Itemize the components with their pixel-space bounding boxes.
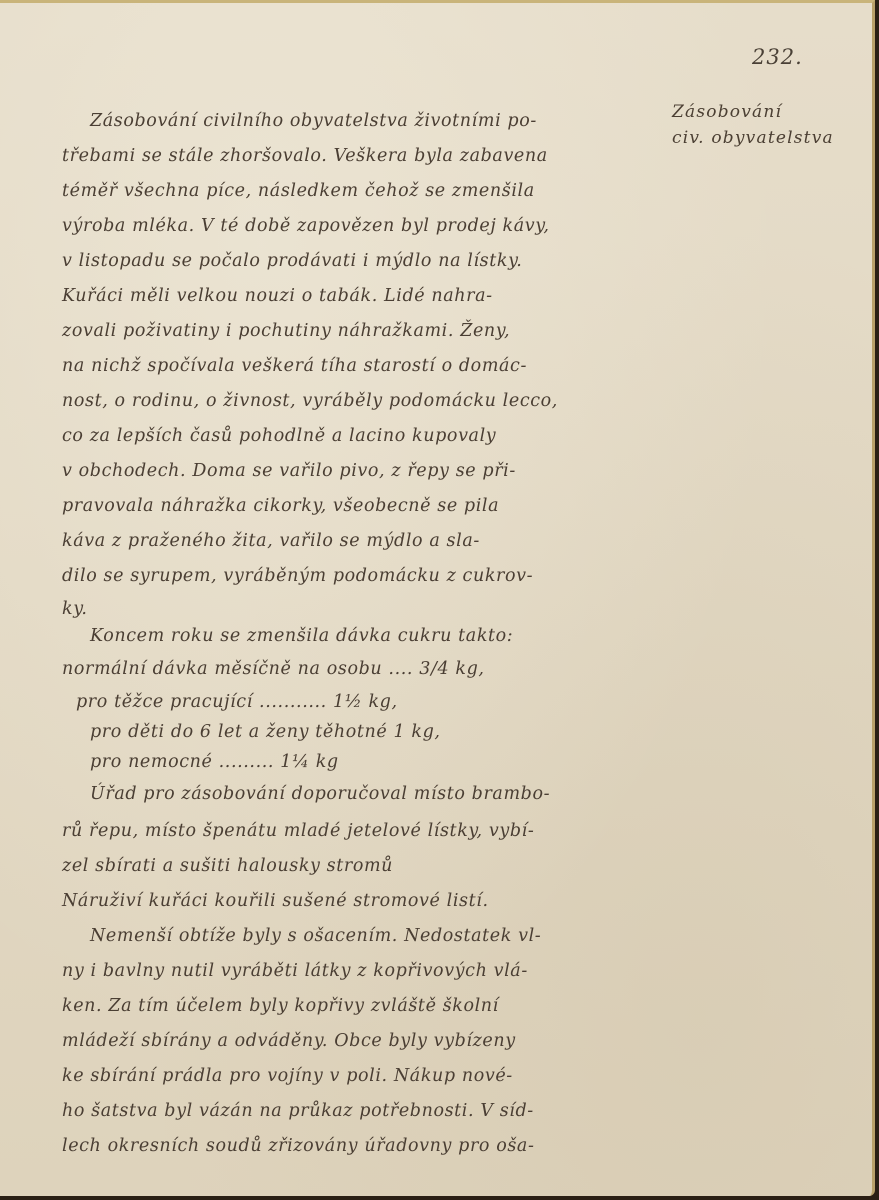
text-line: káva z praženého žita, vařilo se mýdlo a… xyxy=(62,531,480,551)
text-line: lech okresních soudů zřizovány úřadovny … xyxy=(62,1136,534,1156)
text-line: ke sbírání prádla pro vojíny v poli. Nák… xyxy=(62,1066,513,1086)
text-line: Zásobování civilního obyvatelstva životn… xyxy=(90,111,537,131)
text-line: pro děti do 6 let a ženy těhotné 1 kg, xyxy=(90,722,441,742)
text-line: ho šatstva byl vázán na průkaz potřebnos… xyxy=(62,1101,534,1121)
text-line: na nichž spočívala veškerá tíha starostí… xyxy=(62,356,527,376)
text-line: v obchodech. Doma se vařilo pivo, z řepy… xyxy=(62,461,516,481)
text-line: co za lepších časů pohodlně a lacino kup… xyxy=(62,426,496,446)
manuscript-page: 232. Zásobování civ. obyvatelstva Zásobo… xyxy=(0,0,875,1196)
text-line: téměř všechna píce, následkem čehož se z… xyxy=(62,181,535,201)
text-line: Kuřáci měli velkou nouzi o tabák. Lidé n… xyxy=(62,286,493,306)
text-line: ken. Za tím účelem byly kopřivy zvláště … xyxy=(62,996,499,1016)
margin-note-line-2: civ. obyvatelstva xyxy=(672,125,872,151)
text-line: v listopadu se počalo prodávati i mýdlo … xyxy=(62,251,522,271)
text-line: Úřad pro zásobování doporučoval místo br… xyxy=(90,784,550,804)
text-line: mládeží sbírány a odváděny. Obce byly vy… xyxy=(62,1031,516,1051)
text-line: normální dávka měsíčně na osobu .... 3/4… xyxy=(62,659,485,679)
text-line: výroba mléka. V té době zapovězen byl pr… xyxy=(62,216,550,236)
page-number: 232. xyxy=(752,45,803,69)
text-line: pravovala náhražka cikorky, všeobecně se… xyxy=(62,496,499,516)
text-line: pro těžce pracující ........... 1½ kg, xyxy=(76,692,398,712)
text-line: rů řepu, místo špenátu mladé jetelové lí… xyxy=(62,821,534,841)
text-line: ny i bavlny nutil vyráběti látky z kopři… xyxy=(62,961,528,981)
text-line: ky. xyxy=(62,599,88,619)
text-line: dilo se syrupem, vyráběným podomácku z c… xyxy=(62,566,533,586)
text-line: třebami se stále zhoršovalo. Veškera byl… xyxy=(62,146,548,166)
margin-note: Zásobování civ. obyvatelstva xyxy=(672,99,872,151)
text-line: Koncem roku se zmenšila dávka cukru takt… xyxy=(90,626,513,646)
margin-note-line-1: Zásobování xyxy=(672,99,872,125)
text-line: nost, o rodinu, o živnost, vyráběly podo… xyxy=(62,391,558,411)
text-line: zel sbírati a sušiti halousky stromů xyxy=(62,856,393,876)
text-line: Nemenší obtíže byly s ošacením. Nedostat… xyxy=(90,926,541,946)
text-line: Náruživí kuřáci kouřili sušené stromové … xyxy=(62,891,489,911)
text-line: zovali poživatiny i pochutiny náhražkami… xyxy=(62,321,510,341)
text-line: pro nemocné ......... 1¼ kg xyxy=(90,752,339,772)
